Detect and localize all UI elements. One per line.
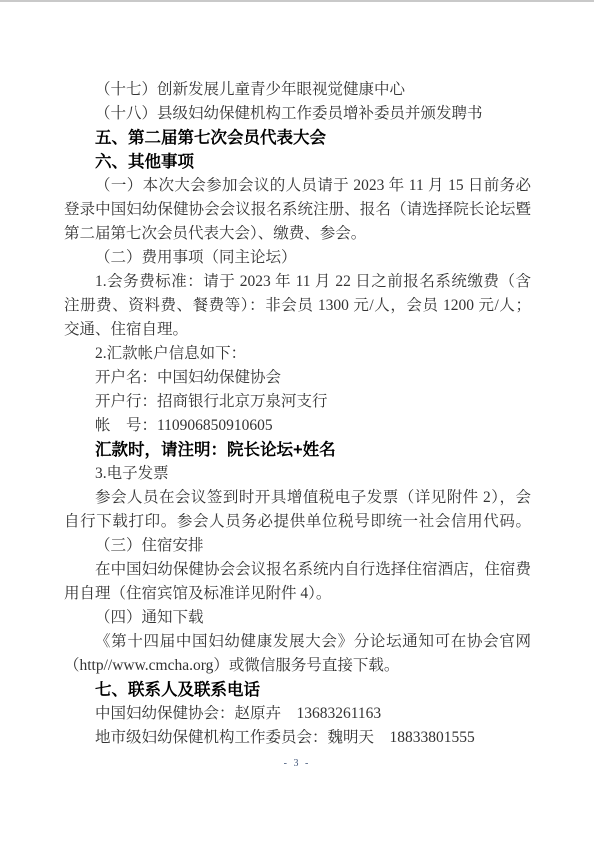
- document-line: 3.电子发票: [64, 462, 531, 486]
- document-heading-line: 汇款时，请注明：院长论坛+姓名: [64, 438, 531, 462]
- document-line: （四）通知下载: [64, 606, 531, 630]
- document-line: 自行下载打印。参会人员务必提供单位税号即统一社会信用代码。: [64, 510, 531, 534]
- document-line: 参会人员在会议签到时开具增值税电子发票（详见附件 2），会后: [64, 486, 531, 510]
- document-line: 2.汇款帐户信息如下：: [64, 342, 531, 366]
- document-page: （十七）创新发展儿童青少年眼视觉健康中心（十八）县级妇幼保健机构工作委员增补委员…: [0, 0, 594, 841]
- document-line: （http//www.cmcha.org）或微信服务号直接下载。: [64, 654, 531, 678]
- document-line: 帐 号：110906850910605: [64, 414, 531, 438]
- document-line: （三）住宿安排: [64, 534, 531, 558]
- document-line: 用自理（住宿宾馆及标准详见附件 4）。: [64, 582, 531, 606]
- document-heading-line: 五、第二届第七次会员代表大会: [64, 126, 531, 150]
- document-line: 中国妇幼保健协会：赵原卉 13683261163: [64, 702, 531, 726]
- document-line: 在中国妇幼保健协会会议报名系统内自行选择住宿酒店，住宿费: [64, 558, 531, 582]
- document-line: 登录中国妇幼保健协会会议报名系统注册、报名（请选择院长论坛暨: [64, 198, 531, 222]
- document-heading-line: 六、其他事项: [64, 150, 531, 174]
- document-line: 《第十四届中国妇幼健康发展大会》分论坛通知可在协会官网: [64, 630, 531, 654]
- document-line: 交通、住宿自理。: [64, 318, 531, 342]
- document-heading-line: 七、联系人及联系电话: [64, 678, 531, 702]
- document-line: 开户行：招商银行北京万泉河支行: [64, 390, 531, 414]
- document-line: 地市级妇幼保健机构工作委员会：魏明天 18833801555: [64, 726, 531, 750]
- document-content: （十七）创新发展儿童青少年眼视觉健康中心（十八）县级妇幼保健机构工作委员增补委员…: [64, 78, 531, 750]
- document-line: （十七）创新发展儿童青少年眼视觉健康中心: [64, 78, 531, 102]
- document-line: 第二届第七次会员代表大会）、缴费、参会。: [64, 222, 531, 246]
- document-line: 注册费、资料费、餐费等）：非会员 1300 元/人，会员 1200 元/人；: [64, 294, 531, 318]
- document-line: （二）费用事项（同主论坛）: [64, 246, 531, 270]
- document-line: （一）本次大会参加会议的人员请于 2023 年 11 月 15 日前务必: [64, 174, 531, 198]
- document-line: 开户名：中国妇幼保健协会: [64, 366, 531, 390]
- document-line: （十八）县级妇幼保健机构工作委员增补委员并颁发聘书: [64, 102, 531, 126]
- document-line: 1.会务费标准：请于 2023 年 11 月 22 日之前报名系统缴费（含: [64, 270, 531, 294]
- page-number: - 3 -: [0, 756, 594, 772]
